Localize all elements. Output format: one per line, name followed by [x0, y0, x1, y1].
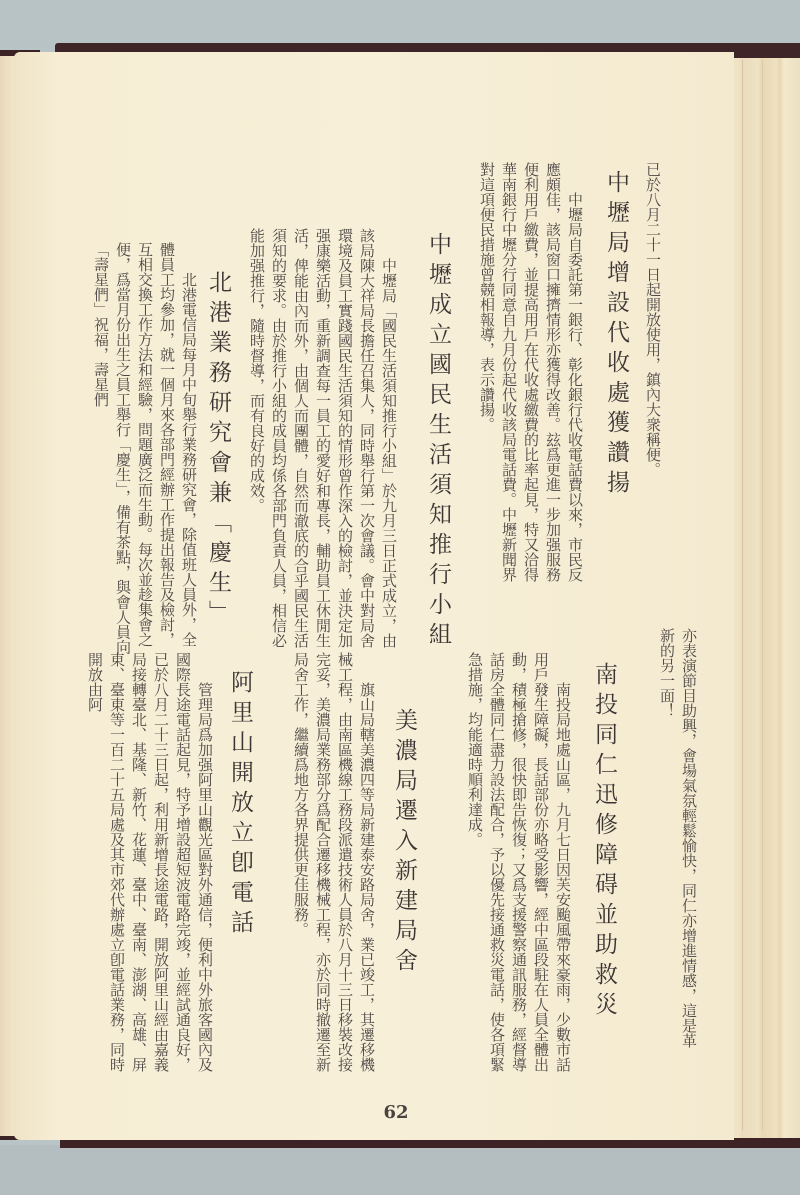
article-5-headline-text: 美濃局遷入新建局舍	[391, 708, 417, 978]
article-3-body: 北港電信局每月中旬舉行業務研究會，除值班人員外，全體員工均參加，就一個月來各部門…	[80, 242, 200, 658]
article-3-headline: 北港業務研究會兼「慶生」	[204, 270, 232, 650]
article-1-headline-text: 中壢局增設代收處獲讚揚	[603, 170, 629, 500]
page-stack-divider	[762, 60, 763, 1130]
page-stack-divider	[742, 60, 743, 1130]
page-number: 62	[371, 1102, 421, 1123]
article-2-headline: 中壢成立國民生活須知推行小組	[424, 232, 452, 652]
article-3-body-text: 北港電信局每月中旬舉行業務研究會，除值班人員外，全體員工均參加，就一個月來各部門…	[90, 242, 200, 658]
continuation-top-text: 已於八月二十一日起開放使用，鎮內大衆稱便。	[642, 162, 664, 592]
article-1-body-text: 中壢局自委託第一銀行、彰化銀行代收電話費以來，市民反應頗佳，該局窗口擁擠情形亦獲…	[476, 162, 586, 592]
article-1-headline: 中壢局增設代收處獲讚揚	[602, 170, 630, 590]
background-surface-top	[0, 0, 800, 48]
continuation-top: 已於八月二十一日起開放使用，鎮內大衆稱便。	[634, 162, 664, 592]
article-6-body: 管理局爲加强阿里山觀光區對外通信，便利中外旅客國內及國際長途電話起見，特予增設超…	[86, 652, 216, 1082]
background-surface-bottom	[0, 1145, 800, 1195]
page-stack-edge	[728, 58, 800, 1138]
continuation-bottom-text: 亦表演節目助興，會場氣氛輕鬆愉快，同仁亦增進情感，這是革新的另一面！	[656, 628, 700, 1058]
article-5-headline: 美濃局遷入新建局舍	[390, 708, 418, 1068]
article-4-body: 南投局地處山區，九月七日因芙安颱風帶來豪雨，少數市話用戶發生障礙，長話部份亦略受…	[434, 652, 574, 1082]
article-5-body: 旗山局轄美濃四等局新建泰安路局舍，業已竣工，其遷移機械工程，由南區機線工務段派遣…	[268, 652, 378, 1082]
article-2-headline-text: 中壢成立國民生活須知推行小組	[425, 232, 451, 652]
article-1-body: 中壢局自委託第一銀行、彰化銀行代收電話費以來，市民反應頗佳，該局窗口擁擠情形亦獲…	[466, 162, 586, 592]
article-2-body: 中壢局「國民生活須知推行小組」於九月三日正式成立，由該局陳大祥局長擔任召集人，同…	[240, 228, 400, 658]
article-3-headline-text: 北港業務研究會兼「慶生」	[205, 270, 231, 630]
article-6-headline: 阿里山開放立卽電話	[226, 670, 254, 1050]
article-2-body-text: 中壢局「國民生活須知推行小組」於九月三日正式成立，由該局陳大祥局長擔任召集人，同…	[246, 228, 400, 658]
article-5-body-text: 旗山局轄美濃四等局新建泰安路局舍，業已竣工，其遷移機械工程，由南區機線工務段派遣…	[290, 652, 378, 1082]
article-6-body-text: 管理局爲加强阿里山觀光區對外通信，便利中外旅客國內及國際長途電話起見，特予增設超…	[84, 652, 216, 1082]
article-6-headline-text: 阿里山開放立卽電話	[227, 670, 253, 940]
book-page: 已於八月二十一日起開放使用，鎮內大衆稱便。 中壢局增設代收處獲讚揚 中壢局自委託…	[14, 52, 734, 1140]
article-4-body-text: 南投局地處山區，九月七日因芙安颱風帶來豪雨，少數市話用戶發生障礙，長話部份亦略受…	[464, 652, 574, 1082]
article-4-headline-text: 南投同仁迅修障碍並助救災	[591, 662, 617, 1022]
article-4-headline: 南投同仁迅修障碍並助救災	[590, 662, 618, 1062]
continuation-bottom: 亦表演節目助興，會場氣氛輕鬆愉快，同仁亦增進情感，這是革新的另一面！	[656, 628, 700, 1058]
facing-page-edge	[0, 56, 15, 1136]
